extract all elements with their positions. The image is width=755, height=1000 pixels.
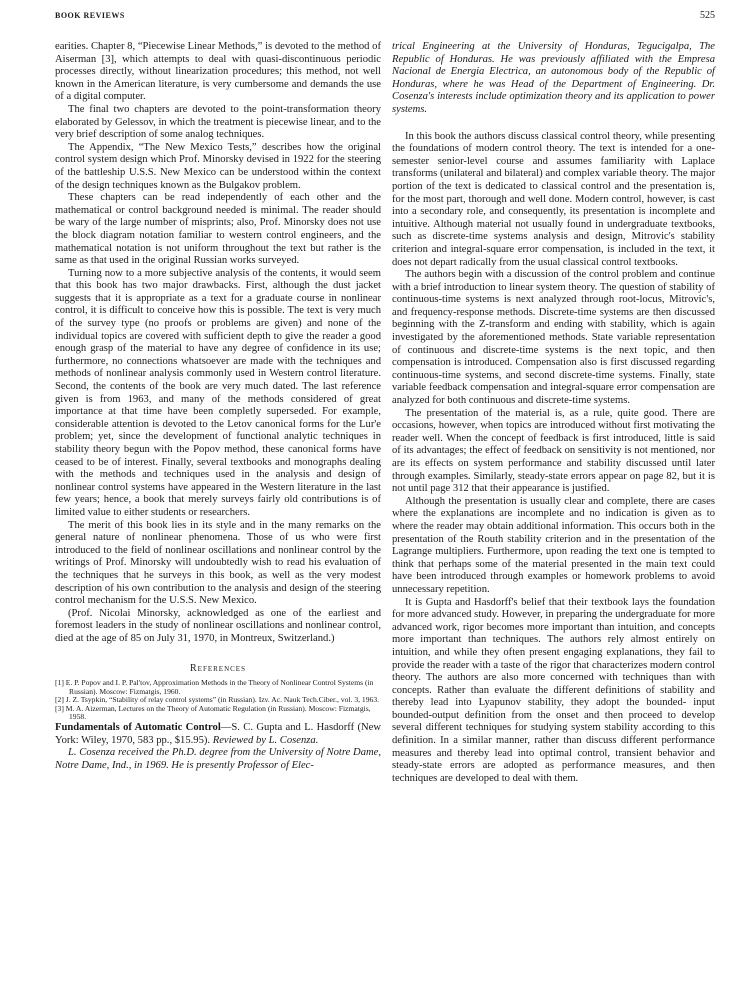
page-number: 525 <box>700 10 715 21</box>
reviewer-bio: L. Cosenza received the Ph.D. degree fro… <box>55 747 381 772</box>
left-column: earities. Chapter 8, “Piecewise Linear M… <box>55 41 381 772</box>
paragraph: Turning now to a more subjective analysi… <box>55 268 381 520</box>
paragraph: It is Gupta and Hasdorff's belief that t… <box>392 597 715 786</box>
reference-item: [3] M. A. Aizerman, Lectures on the Theo… <box>55 705 381 722</box>
reviewer: Reviewed by L. Cosenza. <box>213 735 319 746</box>
review-heading: Fundamentals of Automatic Control—S. C. … <box>55 722 381 747</box>
references-heading: References <box>55 663 381 676</box>
paragraph: In this book the authors discuss classic… <box>392 131 715 270</box>
paragraph: The final two chapters are devoted to th… <box>55 104 381 142</box>
book-title: Fundamentals of Automatic Control <box>55 722 221 733</box>
section-gap <box>392 117 715 131</box>
reviewer-bio-continued: trical Engineering at the University of … <box>392 41 715 117</box>
reference-item: [1] E. P. Popov and I. P. Pal'tov, Appro… <box>55 679 381 696</box>
paragraph: Although the presentation is usually cle… <box>392 496 715 597</box>
paragraph: The authors begin with a discussion of t… <box>392 269 715 408</box>
paragraph: earities. Chapter 8, “Piecewise Linear M… <box>55 41 381 104</box>
paragraph: The merit of this book lies in its style… <box>55 520 381 608</box>
paragraph: The Appendix, “The New Mexico Tests,” de… <box>55 142 381 192</box>
book-authors: —S. C. Gupta and L. Hasdorff <box>221 722 354 733</box>
right-column: trical Engineering at the University of … <box>392 41 715 785</box>
paragraph: These chapters can be read independently… <box>55 192 381 268</box>
paragraph: (Prof. Nicolai Minorsky, acknowledged as… <box>55 608 381 646</box>
paragraph: The presentation of the material is, as … <box>392 408 715 496</box>
running-head: BOOK REVIEWS <box>55 11 125 20</box>
